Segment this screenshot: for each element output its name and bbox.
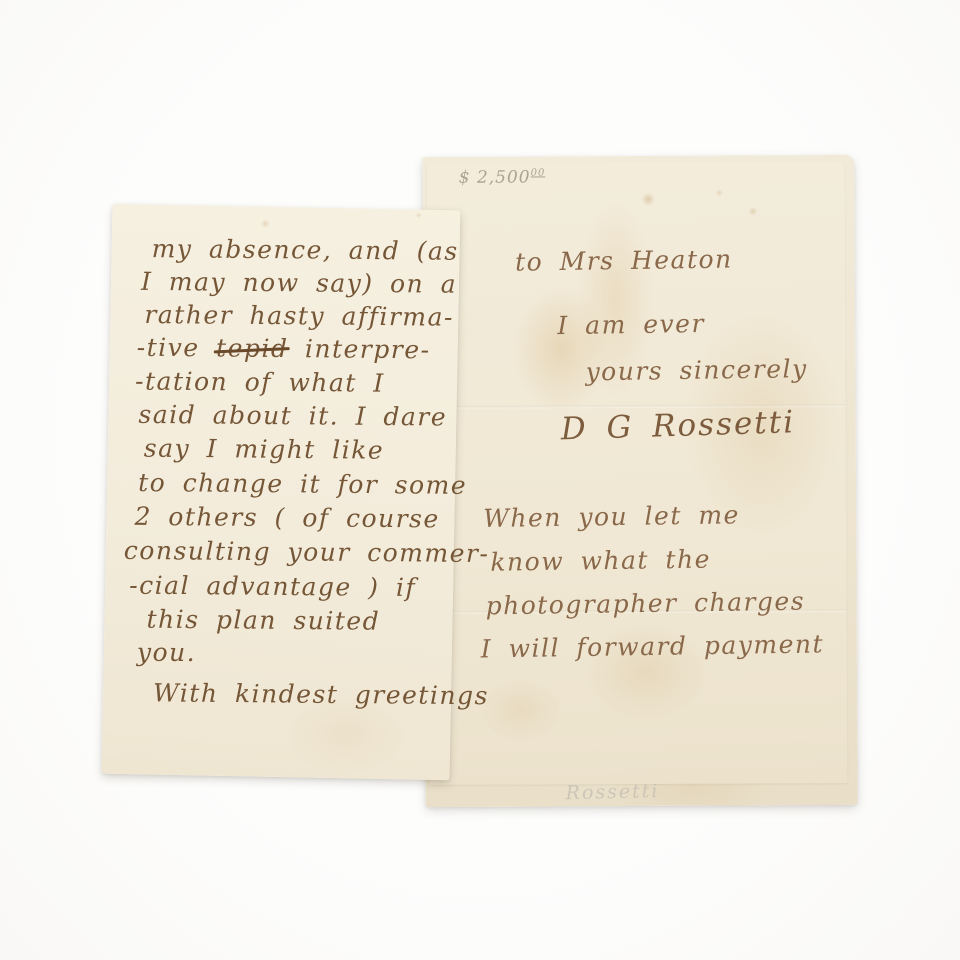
right-letter-page: $ 2,50000 to Mrs Heaton I am ever yours … <box>427 161 848 785</box>
postscript-line: When you let me <box>483 500 740 533</box>
postscript-line: photographer charges <box>485 587 805 621</box>
letter-line: to change it for some <box>138 468 467 500</box>
letter-line: you. <box>137 638 196 668</box>
letter-line: say I might like <box>144 434 385 465</box>
salutation-line: to Mrs Heaton <box>515 244 733 276</box>
line-post: interpre- <box>305 334 431 364</box>
letter-line: With kindest greetings <box>153 678 489 710</box>
letter-line: rather hasty affirma- <box>144 300 454 332</box>
letter-line: said about it. I dare <box>138 400 447 432</box>
price-superscript: 00 <box>531 168 546 179</box>
deleted-word: tepid <box>216 333 289 363</box>
letter-line: 2 others ( of course <box>134 502 440 534</box>
letter-line: my absence, and (as <box>152 234 459 266</box>
letter-line: -tation of what I <box>135 366 385 397</box>
price-pencil-note: $ 2,50000 <box>459 167 546 187</box>
closing-line-1: I am ever <box>557 309 705 340</box>
line-pre: -tive <box>137 333 200 363</box>
letter-line-with-deletion: -tive tepid interpre- <box>137 333 431 365</box>
left-letter-page: my absence, and (as I may now say) on a … <box>102 204 461 781</box>
postscript-line: I will forward payment <box>481 629 825 663</box>
closing-line-2: yours sincerely <box>585 354 807 386</box>
price-value: $ 2,500 <box>459 167 531 187</box>
letter-photo: Rossetti $ 2,50000 to Mrs Heaton I am ev… <box>0 0 960 960</box>
signature: D G Rossetti <box>560 404 795 447</box>
letter-line: consulting your commer- <box>124 536 490 568</box>
postscript-line: know what the <box>490 545 711 577</box>
letter-line: I may now say) on a <box>141 267 457 299</box>
letter-line: this plan suited <box>146 605 380 636</box>
letter-line: -cial advantage ) if <box>129 571 416 603</box>
